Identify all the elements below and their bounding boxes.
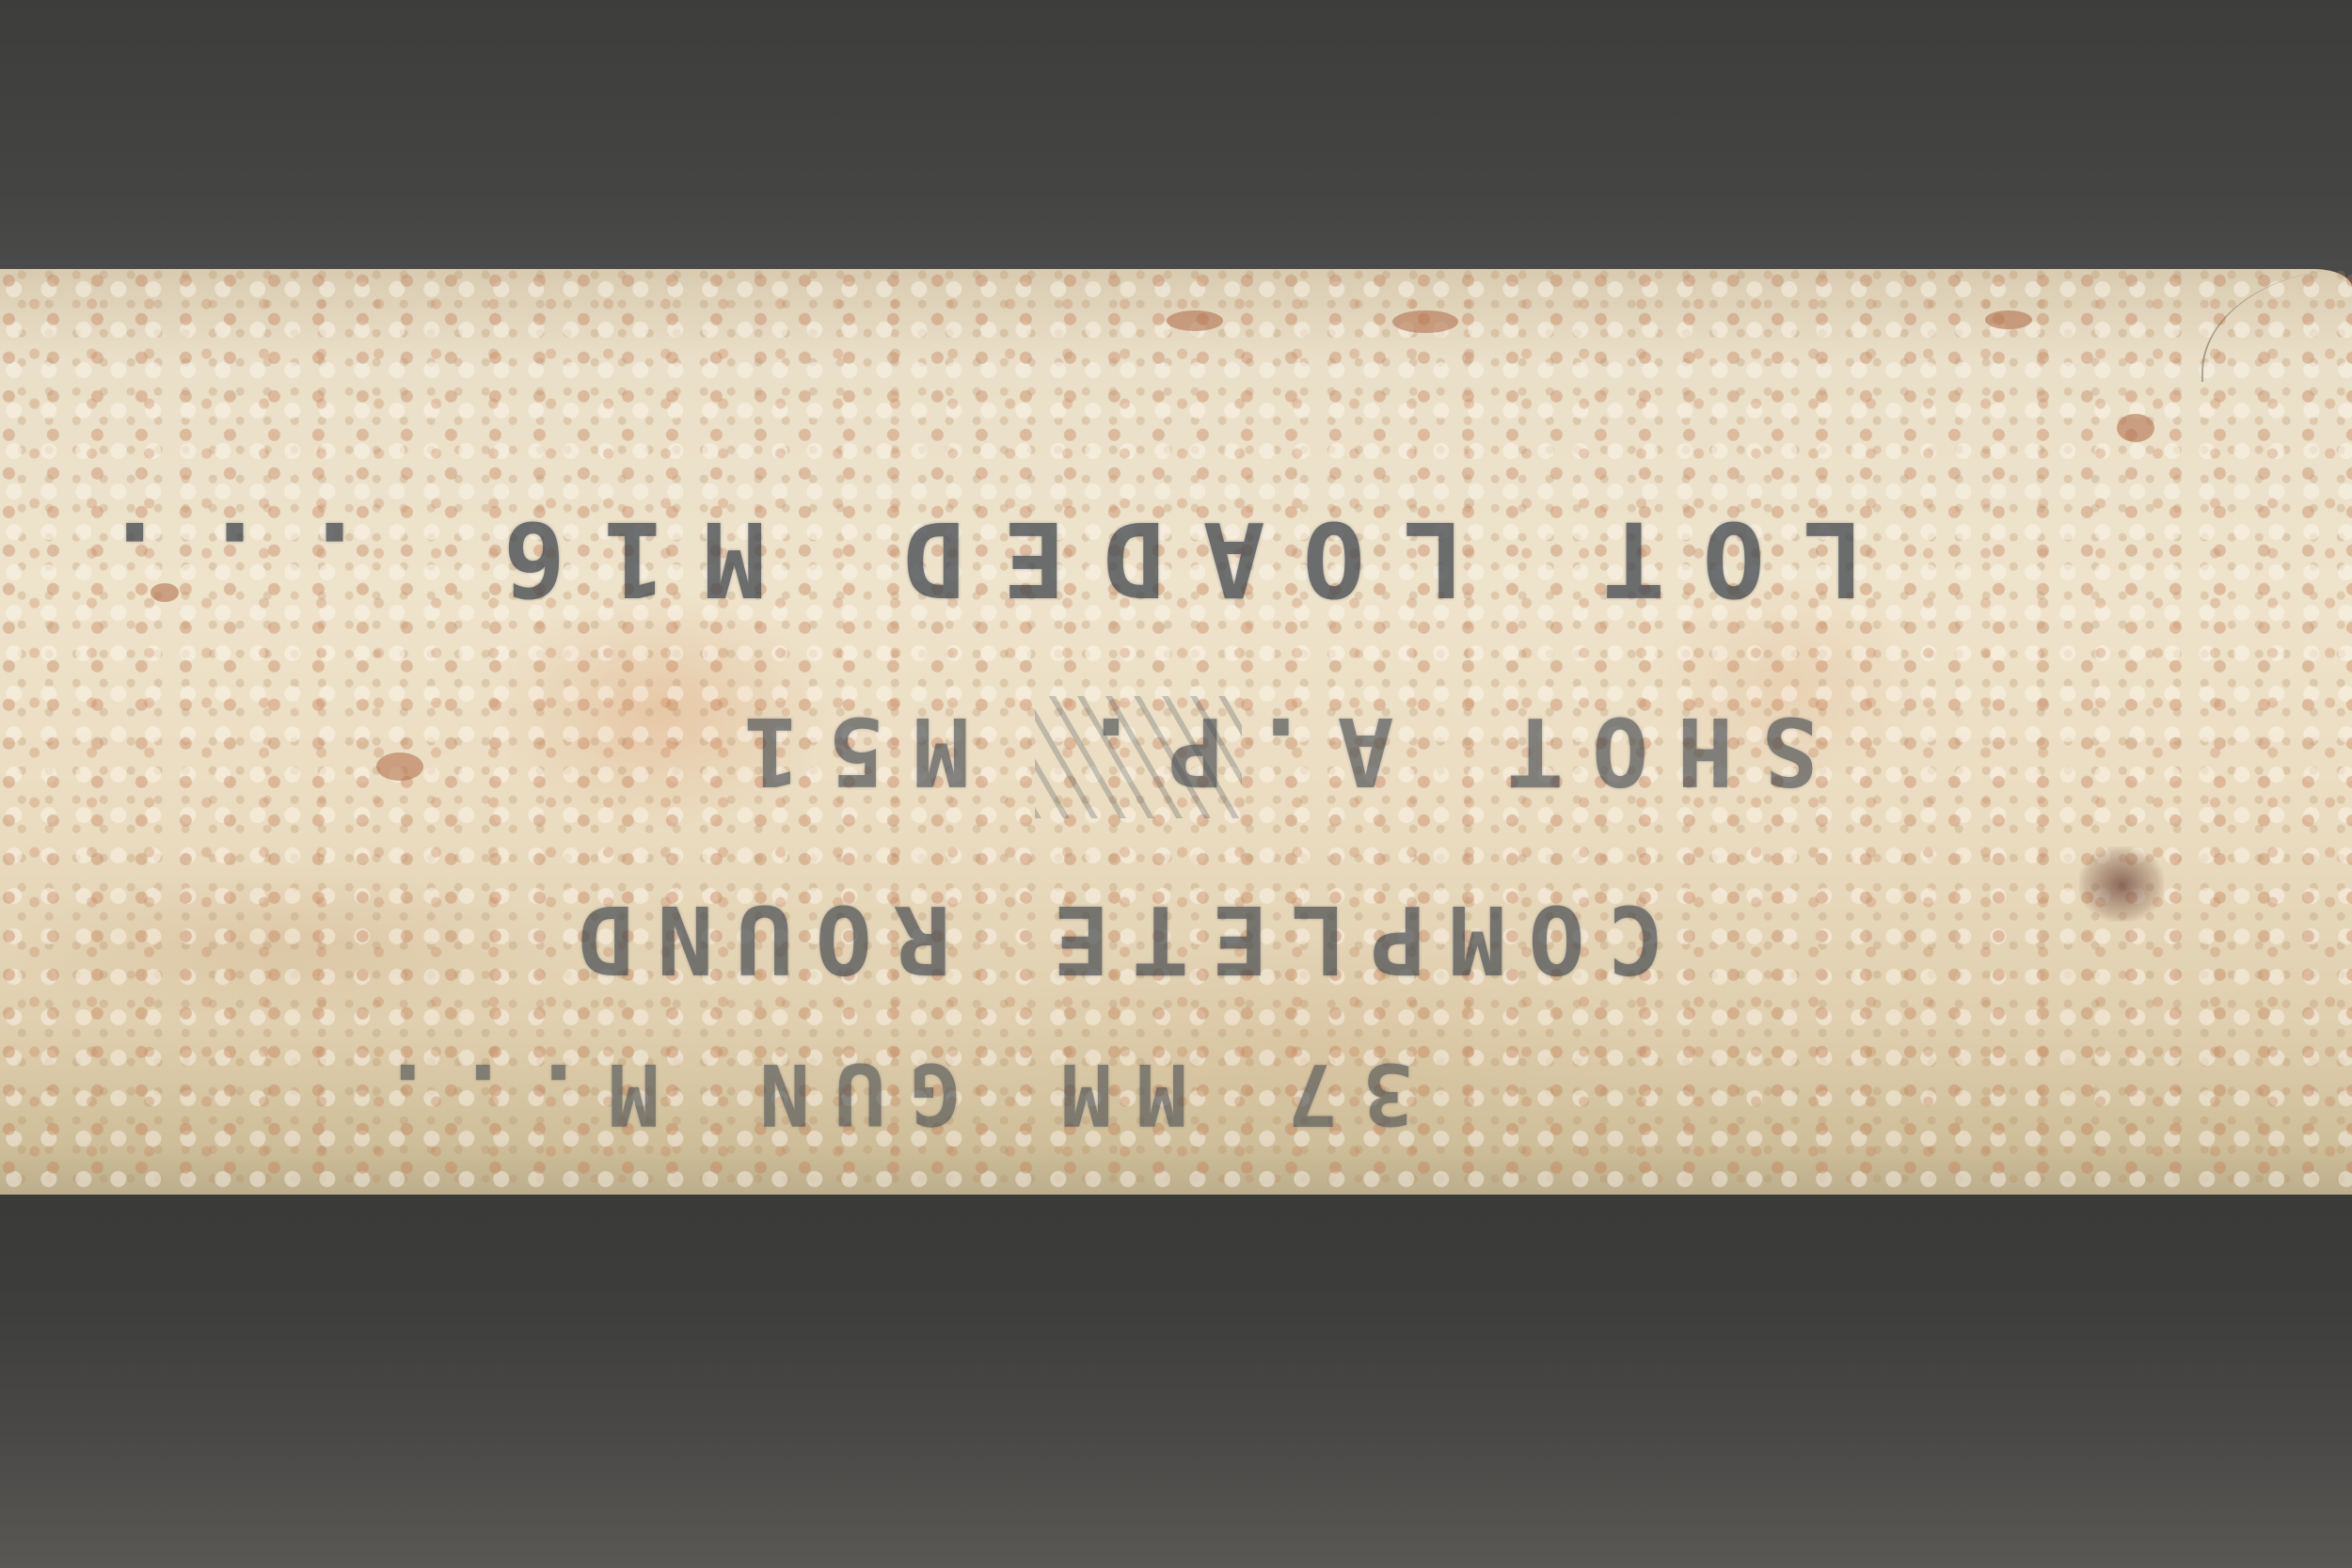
stencil-line-2: SHOT A.P. M51 bbox=[715, 696, 1819, 806]
stencil-line-4: 37 MM GUN M... bbox=[358, 1044, 1414, 1143]
dark-stain bbox=[2079, 847, 2164, 922]
rust-spot bbox=[1392, 310, 1458, 333]
rust-spot bbox=[1167, 310, 1223, 331]
rust-spot bbox=[2117, 414, 2154, 442]
stencil-line-3: COMPLETE ROUND bbox=[555, 884, 1664, 994]
stencil-line-1: LOT LOADED M16 ... bbox=[66, 499, 1865, 619]
rust-spot bbox=[376, 752, 423, 781]
rust-spot bbox=[1985, 310, 2032, 329]
